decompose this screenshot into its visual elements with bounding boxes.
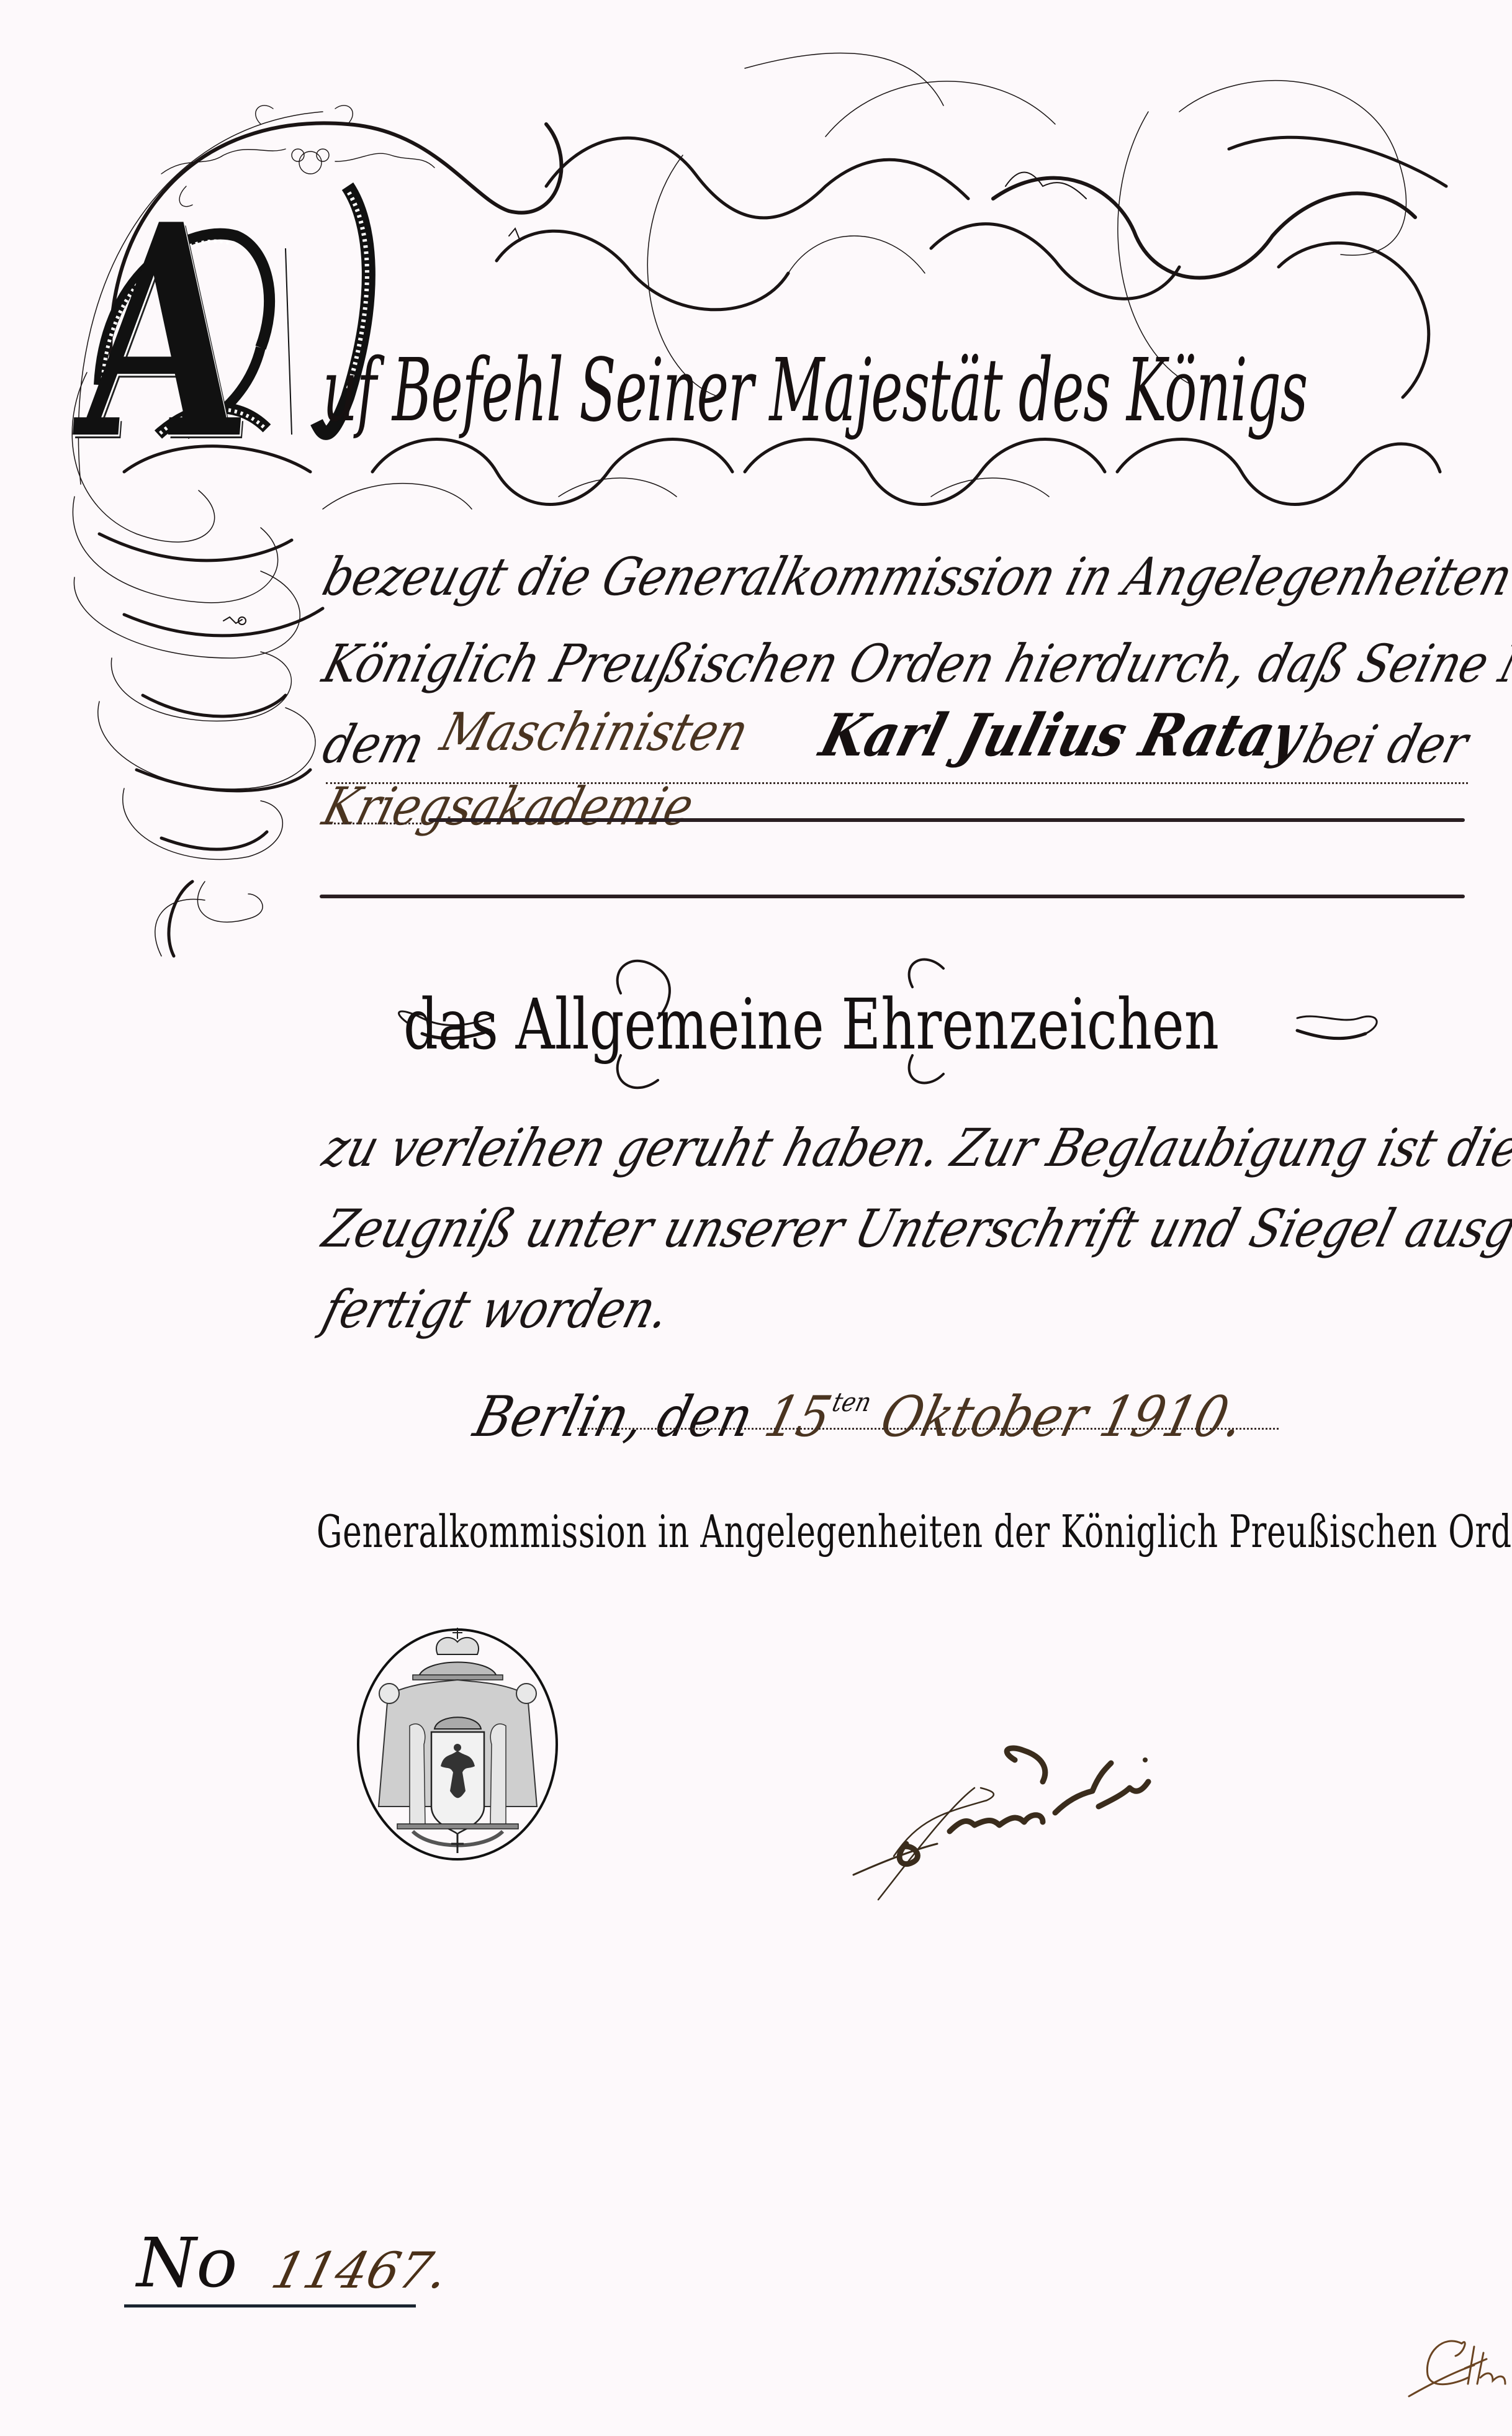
date-prefix: den: [650, 1384, 759, 1450]
number-underline: [124, 2304, 416, 2307]
certificate-heading: uf Befehl Seiner Majestät des Königs: [323, 348, 1307, 435]
issuer-name: Generalkommission in Angelegenheiten der…: [317, 1505, 1512, 1558]
place: Berlin,: [468, 1384, 652, 1450]
closing-line-2: Zeugniß unter unserer Unterschrift und S…: [317, 1198, 1512, 1259]
award-name: das Allgemeine Ehrenzeichen: [403, 990, 1219, 1060]
unit-dotted-line: [326, 823, 425, 824]
svg-text:Chm: Chm: [1406, 2322, 1407, 2322]
certificate-number: No 11467.: [124, 2229, 434, 2309]
date-day-suffix: ten: [829, 1387, 875, 1417]
official-signature: [844, 1732, 1359, 1912]
number-prefix: No: [137, 2229, 237, 2297]
date-year: 1910.: [1094, 1384, 1251, 1450]
recipient-name: Karl Julius Ratay: [813, 701, 1312, 770]
closing-line-3: fertigt worden.: [317, 1279, 677, 1340]
body-line-3-prefix: dem: [317, 714, 431, 775]
body-line-3-suffix: bei der: [1297, 714, 1475, 775]
award-article: das: [403, 985, 498, 1065]
date-day: 15: [758, 1384, 837, 1450]
recipient-unit: Kriegsakademie: [317, 776, 700, 837]
body-line-2: Königlich Preußischen Orden hierdurch, d…: [317, 633, 1512, 694]
corner-initials: Chm: [1406, 2322, 1511, 2402]
unit-rule: [428, 818, 1465, 822]
place-date: Berlin, den 15ten Oktober 1910.: [468, 1384, 1251, 1450]
recipient-title: Maschinisten: [434, 701, 755, 762]
coat-of-arms-seal: [351, 1620, 565, 1865]
blank-rule: [320, 895, 1465, 898]
date-dotted-line: [577, 1428, 1279, 1430]
closing-line-1: zu verleihen geruht haben. Zur Beglaubig…: [317, 1117, 1512, 1178]
title-drop-cap: A: [71, 186, 251, 478]
body-line-1: bezeugt die Generalkommission in Angeleg…: [317, 546, 1512, 607]
date-month: Oktober: [875, 1384, 1094, 1450]
number-value: 11467.: [267, 2246, 453, 2296]
award-title-text: Allgemeine Ehrenzeichen: [516, 985, 1219, 1065]
